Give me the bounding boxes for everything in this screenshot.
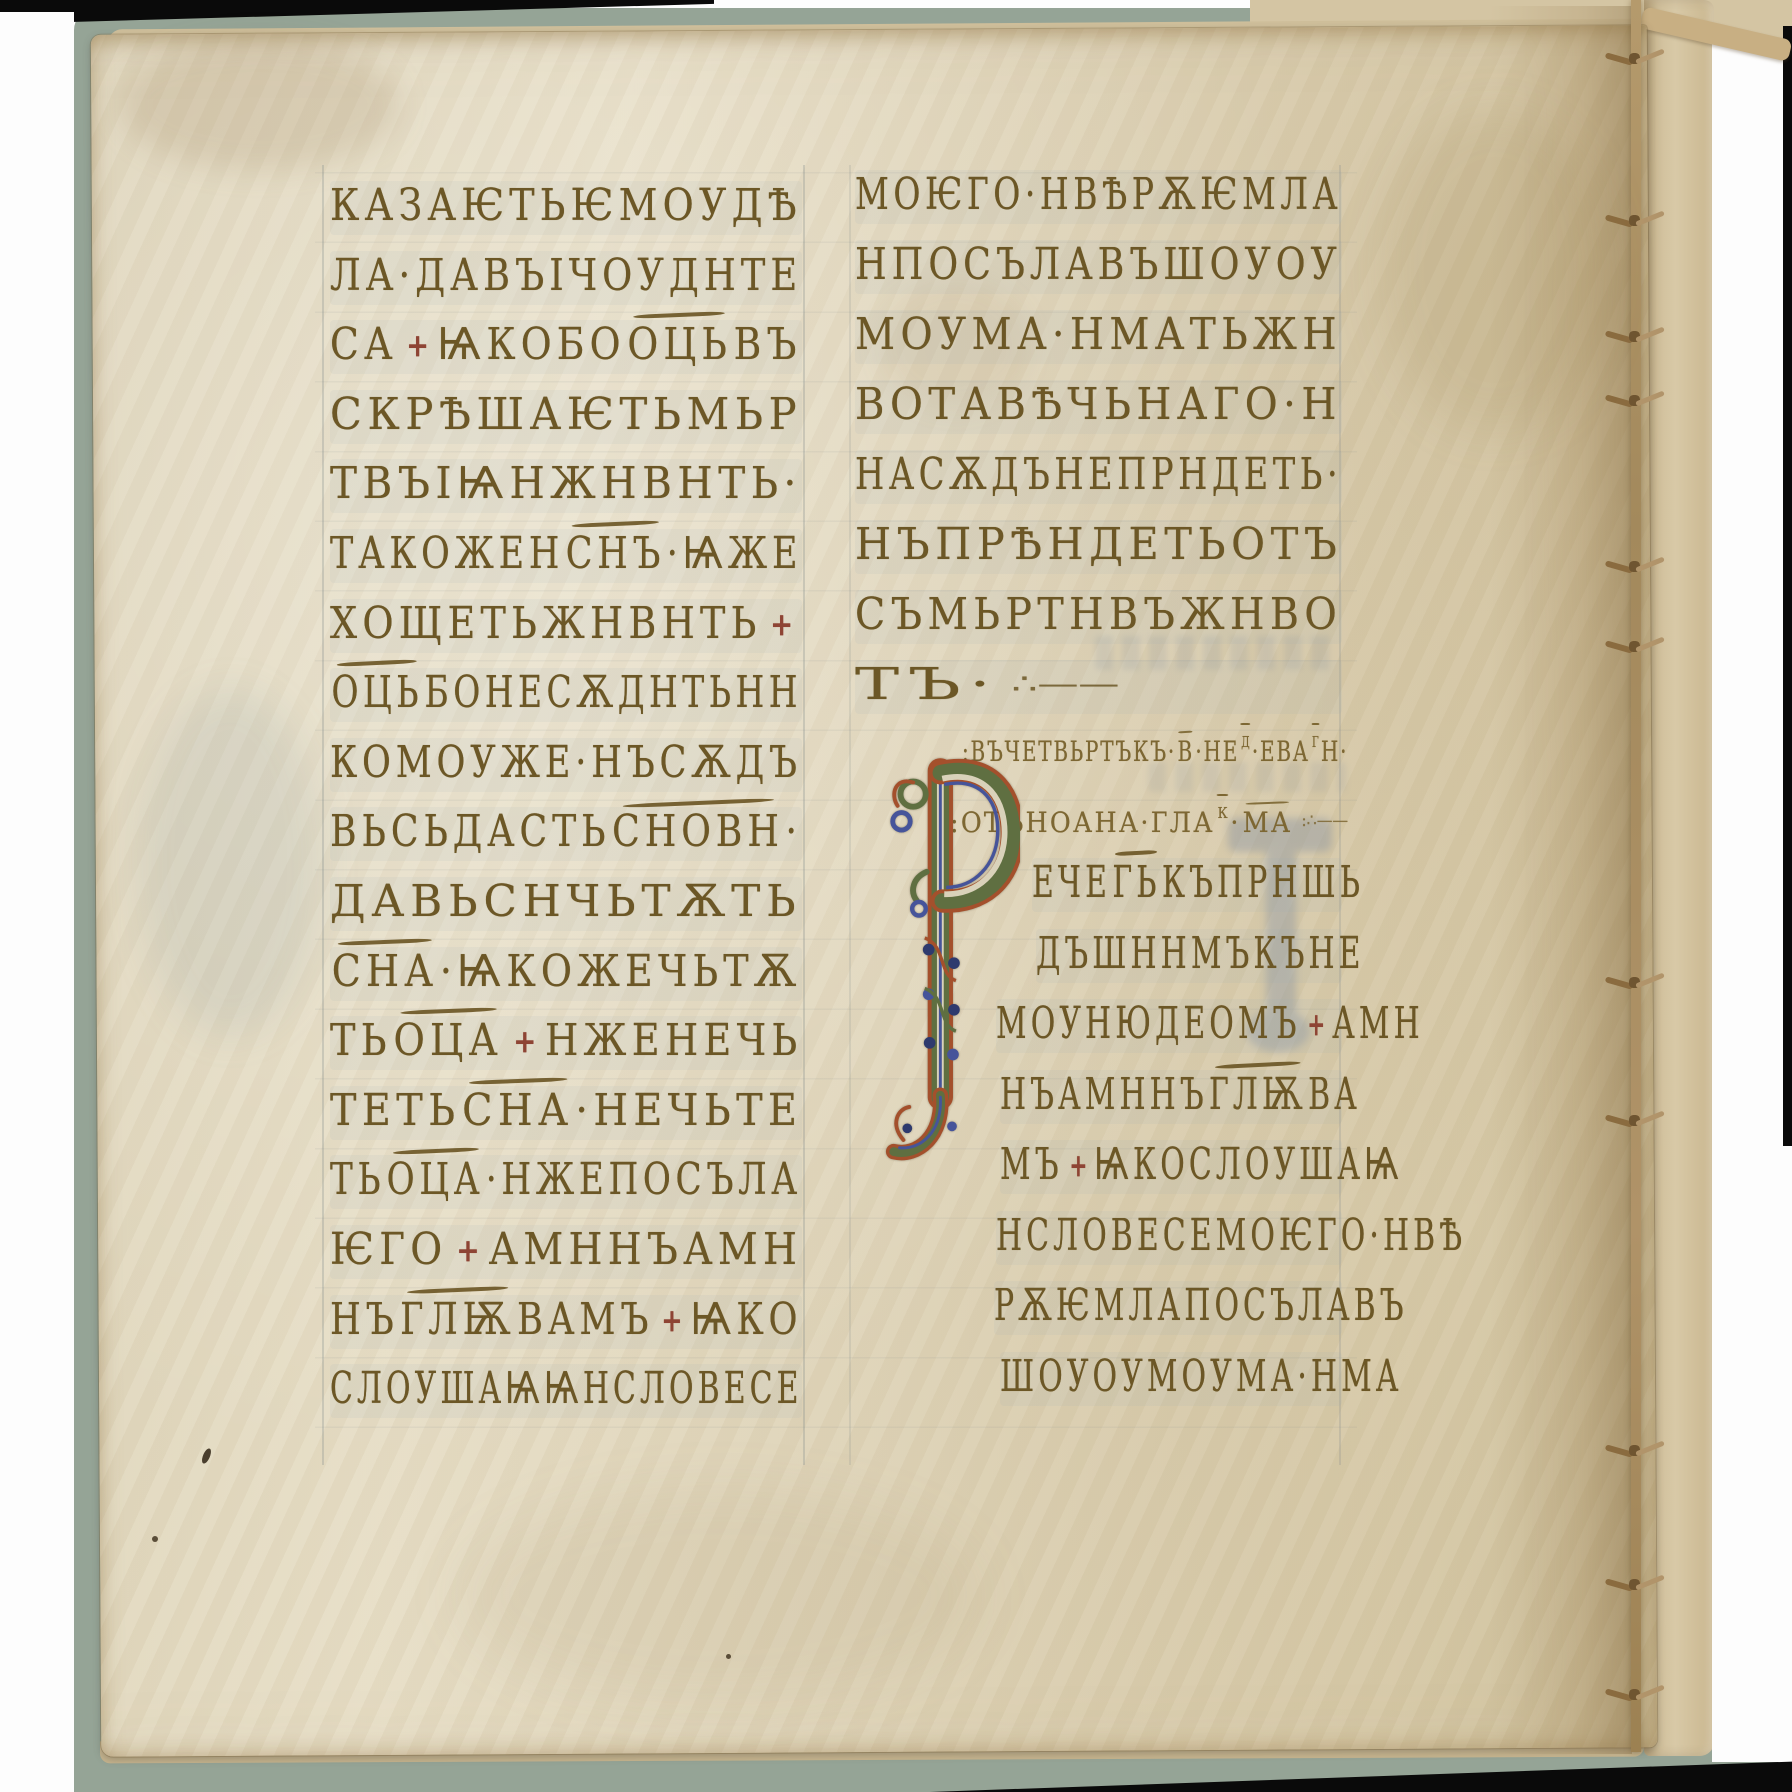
text-segment: НАСѪДЪНЕПРНДЕТЬ· bbox=[855, 449, 1342, 500]
manuscript-text-line: ВОТАВѢЧЬНАГО·Н bbox=[855, 380, 1342, 434]
red-cross-mark: + bbox=[1069, 1147, 1087, 1184]
ink-speck bbox=[152, 1536, 158, 1542]
abbreviated-word-titlo: ГЛѬ bbox=[400, 1294, 515, 1345]
text-segment: МОѤГО·НВѢРѪѤМЛА bbox=[855, 169, 1342, 220]
abbreviated-word-titlo: ОЦА bbox=[387, 1154, 485, 1205]
red-cross-mark: + bbox=[513, 1023, 536, 1060]
text-segment: КОМОУЖЕ·НЪСѪДЪ bbox=[330, 737, 802, 788]
text-column-left: КАЗАѤТЬѤМОУДѢЛА·ДАВЪІЧОУДНТЕСА+ѨКОБООЦЬВ… bbox=[330, 181, 802, 1471]
manuscript-text-line: ВЬСЬДАСТЬСНОВН· bbox=[330, 807, 802, 861]
manuscript-text-line: ЛА·ДАВЪІЧОУДНТЕ bbox=[330, 251, 802, 305]
text-segment: ·НЕ bbox=[1195, 735, 1239, 768]
text-column-right-upper: МОѤГО·НВѢРѪѤМЛАНПОСЪЛАВЪШОУОУМОУМА·НМАТЬ… bbox=[855, 170, 1342, 750]
text-segment: ВОТАВѢЧЬНАГО·Н bbox=[855, 379, 1342, 430]
binding-stitch bbox=[1605, 330, 1667, 344]
text-segment: НПОСЪЛАВЪШОУОУ bbox=[855, 239, 1342, 290]
text-segment: НЪПРѢНДЕТЬОТЪ bbox=[855, 519, 1342, 570]
red-cross-mark: + bbox=[661, 1302, 682, 1339]
binding-stitch bbox=[1605, 1114, 1667, 1128]
manuscript-text-line: НСЛОВЕСЕМОѤГО·НВѢ bbox=[996, 1211, 1342, 1265]
manuscript-text-line: РѪѤМЛАПОСЪЛАВЪ bbox=[994, 1281, 1342, 1335]
manuscript-text-line: СНА·ѨКОЖЕЧЬТѪ bbox=[330, 947, 802, 1001]
text-segment: СЪМЬРТНВЪЖНВО bbox=[855, 589, 1342, 640]
text-segment: МОУНЮДЕОМЪ bbox=[996, 998, 1300, 1049]
abbreviated-word-titlo: МА bbox=[1243, 806, 1293, 839]
text-segment: ·НЖЕПОСЪЛА bbox=[486, 1154, 802, 1205]
manuscript-text-line: ЕЧЕГЬКЪПРНШЬ bbox=[1032, 858, 1342, 912]
text-segment: ѨКОБО bbox=[438, 319, 626, 370]
vertical-ruling bbox=[322, 165, 324, 1465]
manuscript-text-line: МОУМА·НМАТЬЖН bbox=[855, 310, 1342, 364]
parchment-stain bbox=[120, 40, 400, 170]
manuscript-text-line: КАЗАѤТЬѤМОУДѢ bbox=[330, 181, 802, 235]
binding-stitch bbox=[1605, 560, 1667, 574]
text-segment: ШОУОУМОУМА·НМА bbox=[1000, 1351, 1403, 1402]
text-segment: · bbox=[785, 806, 801, 857]
manuscript-text-line: НЪПРѢНДЕТЬОТЪ bbox=[855, 520, 1342, 574]
binding-stitch bbox=[1605, 52, 1667, 66]
text-segment: КАЗАѤТЬѤМОУДѢ bbox=[330, 180, 802, 231]
text-segment: ѨКОСЛОУШАѨ bbox=[1094, 1139, 1403, 1190]
manuscript-text-line: МЪ+ѨКОСЛОУШАѨ bbox=[1000, 1140, 1342, 1194]
text-segment: ТАКОЖЕН bbox=[330, 528, 564, 579]
binding-stitch bbox=[1605, 1688, 1667, 1702]
manuscript-text-line: ШОУОУМОУМА·НМА bbox=[1000, 1352, 1342, 1406]
line-end-flourish: :∴—— bbox=[1301, 811, 1348, 831]
abbreviated-word-titlo: ОЦЬ bbox=[331, 667, 422, 718]
text-segment: МОУМА·НМАТЬЖН bbox=[855, 309, 1342, 360]
abbreviated-word-titlo: ОЦА bbox=[393, 1015, 502, 1066]
vertical-ruling bbox=[849, 165, 851, 1465]
white-backdrop-left bbox=[0, 12, 74, 1792]
binding-stitch bbox=[1605, 976, 1667, 990]
text-segment: НЪАМННЪ bbox=[1000, 1069, 1208, 1120]
abbreviated-word-titlo: СНА bbox=[462, 1085, 573, 1136]
binding-stitch bbox=[1605, 1578, 1667, 1592]
text-segment: ѤГО bbox=[330, 1224, 447, 1275]
text-segment: ·ѨЖЕ bbox=[667, 528, 803, 579]
text-segment: Н· bbox=[1321, 735, 1348, 768]
binding-seam bbox=[1631, 0, 1641, 1752]
superscript-letter: Д bbox=[1241, 726, 1249, 760]
text-segment: ВА bbox=[1308, 1069, 1361, 1120]
manuscript-text-line: СЪМЬРТНВЪЖНВО bbox=[855, 590, 1342, 644]
manuscript-text-line: НЪГЛѬВАМЪ+ѨКО bbox=[330, 1295, 802, 1349]
binding-stitch bbox=[1605, 1444, 1667, 1458]
text-segment: АМН bbox=[1332, 998, 1424, 1049]
text-segment: НЖЕНЕЧЬ bbox=[545, 1015, 802, 1066]
red-cross-mark: + bbox=[1307, 1006, 1325, 1043]
manuscript-text-line: НПОСЪЛАВЪШОУОУ bbox=[855, 240, 1342, 294]
parchment-stain bbox=[1380, 110, 1610, 430]
red-cross-mark: + bbox=[406, 327, 429, 364]
binding-stitch bbox=[1605, 394, 1667, 408]
red-cross-mark: + bbox=[456, 1232, 479, 1269]
text-segment: ЛА·ДАВЪІЧОУДНТЕ bbox=[330, 250, 802, 301]
manuscript-text-line: СКРѢШАѤТЬМЬР bbox=[330, 390, 802, 444]
text-segment: НЪ bbox=[330, 1294, 398, 1345]
manuscript-text-line: ОЦЬБОНЕСѪДНТЬНН bbox=[330, 668, 802, 722]
text-segment: · bbox=[1230, 806, 1240, 839]
text-segment: СА bbox=[330, 319, 398, 370]
manuscript-text-line: ТЬОЦА·НЖЕПОСЪЛА bbox=[330, 1155, 802, 1209]
illuminated-initial bbox=[884, 748, 1020, 1190]
manuscript-text-line: ТЪ·∴—— bbox=[855, 660, 1342, 714]
manuscript-text-line: ТЕТЬСНА·НЕЧЬТЕ bbox=[330, 1086, 802, 1140]
manuscript-text-line: СЛОУШАѨѨНСЛОВЕСЕ bbox=[330, 1364, 802, 1418]
manuscript-text-line: МОУНЮДЕОМЪ+АМН bbox=[996, 999, 1342, 1053]
text-segment: ТЕТЬ bbox=[330, 1085, 460, 1136]
manuscript-photo: { "colors": { "ink": "#6c5726", "rubric"… bbox=[0, 0, 1792, 1792]
text-segment: НСЛОВЕСЕМОѤГО·НВѢ bbox=[996, 1210, 1466, 1261]
text-segment: ѨКО bbox=[691, 1294, 803, 1345]
abbreviated-word-titlo: СНОВН bbox=[612, 806, 784, 857]
manuscript-text-line: ТЬОЦА+НЖЕНЕЧЬ bbox=[330, 1016, 802, 1070]
text-segment: ДАВЬСНЧЬТѪТЬ bbox=[330, 876, 802, 927]
abbreviated-word-titlo: ОЦЬ bbox=[627, 319, 732, 370]
abbreviated-word-titlo: ГЛѬ bbox=[1209, 1069, 1307, 1120]
parchment-stain bbox=[138, 690, 323, 1035]
text-segment: ·НЕЧЬТЕ bbox=[575, 1085, 802, 1136]
text-segment: ·ѨКОЖЕЧЬТѪ bbox=[440, 946, 802, 997]
manuscript-text-line: ДЪШННМЪКЪНЕ bbox=[1036, 929, 1342, 983]
superscript-letter: К bbox=[1217, 797, 1227, 831]
manuscript-text-line: НАСѪДЪНЕПРНДЕТЬ· bbox=[855, 450, 1342, 504]
manuscript-text-line: КОМОУЖЕ·НЪСѪДЪ bbox=[330, 738, 802, 792]
manuscript-text-line: ѤГО+АМННЪАМН bbox=[330, 1225, 802, 1279]
binding-stitch bbox=[1605, 640, 1667, 654]
text-segment: КЪПРНШЬ bbox=[1162, 857, 1364, 908]
text-segment: АМННЪАМН bbox=[489, 1224, 803, 1275]
manuscript-text-line: ТВЪІѨНЖНВНТЬ· bbox=[330, 459, 802, 513]
ink-speck bbox=[726, 1654, 731, 1659]
text-segment: ТЬ bbox=[330, 1015, 392, 1066]
manuscript-text-line: ДАВЬСНЧЬТѪТЬ bbox=[330, 877, 802, 931]
text-segment: ВАМЪ bbox=[517, 1294, 653, 1345]
text-segment: СКРѢШАѤТЬМЬР bbox=[330, 389, 802, 440]
text-segment: БОНЕСѪДНТЬНН bbox=[424, 667, 802, 718]
text-segment: ТЪ· bbox=[855, 659, 999, 710]
text-segment: СЛОУШАѨѨНСЛОВЕСЕ bbox=[330, 1363, 803, 1414]
manuscript-text-line: МОѤГО·НВѢРѪѤМЛА bbox=[855, 170, 1342, 224]
abbreviated-word-titlo: ГЬ bbox=[1112, 857, 1160, 908]
manuscript-text-line: ТАКОЖЕНСНЪ·ѨЖЕ bbox=[330, 529, 802, 583]
manuscript-text-line: ХОЩЕТЬЖНВНТЬ+ bbox=[330, 599, 802, 653]
superscript-letter: Г bbox=[1312, 726, 1319, 760]
abbreviated-word-titlo: СНЪ bbox=[566, 528, 665, 579]
abbreviated-word-titlo: В bbox=[1177, 735, 1193, 768]
illuminated-initial-artwork bbox=[884, 748, 1020, 1190]
text-segment: ТЬ bbox=[330, 1154, 385, 1205]
vertical-ruling bbox=[803, 165, 805, 1465]
text-segment: ВЬСЬДАСТЬ bbox=[330, 806, 610, 857]
binding-stitch bbox=[1605, 214, 1667, 228]
text-segment: ·ЕВА bbox=[1252, 735, 1310, 768]
abbreviated-word-titlo: СНА bbox=[332, 946, 438, 997]
white-backdrop-right bbox=[1712, 40, 1792, 1762]
manuscript-text-line: НЪАМННЪГЛѬВА bbox=[1000, 1070, 1342, 1124]
red-cross-mark: + bbox=[770, 606, 793, 643]
scan-edge-black-right bbox=[1783, 26, 1792, 1146]
text-segment: РѪѤМЛАПОСЪЛАВЪ bbox=[994, 1280, 1408, 1331]
text-segment: ДЪШННМЪКЪНЕ bbox=[1036, 928, 1365, 979]
text-segment: ВЪ bbox=[734, 319, 802, 370]
parchment-stain bbox=[460, 1490, 980, 1700]
text-segment: ХОЩЕТЬЖНВНТЬ bbox=[330, 598, 761, 649]
line-end-flourish: ∴—— bbox=[1011, 669, 1119, 700]
manuscript-text-line: СА+ѨКОБООЦЬВЪ bbox=[330, 320, 802, 374]
text-segment: ТВЪІѨНЖНВНТЬ· bbox=[330, 458, 802, 509]
text-segment: ЕЧЕ bbox=[1032, 857, 1111, 908]
